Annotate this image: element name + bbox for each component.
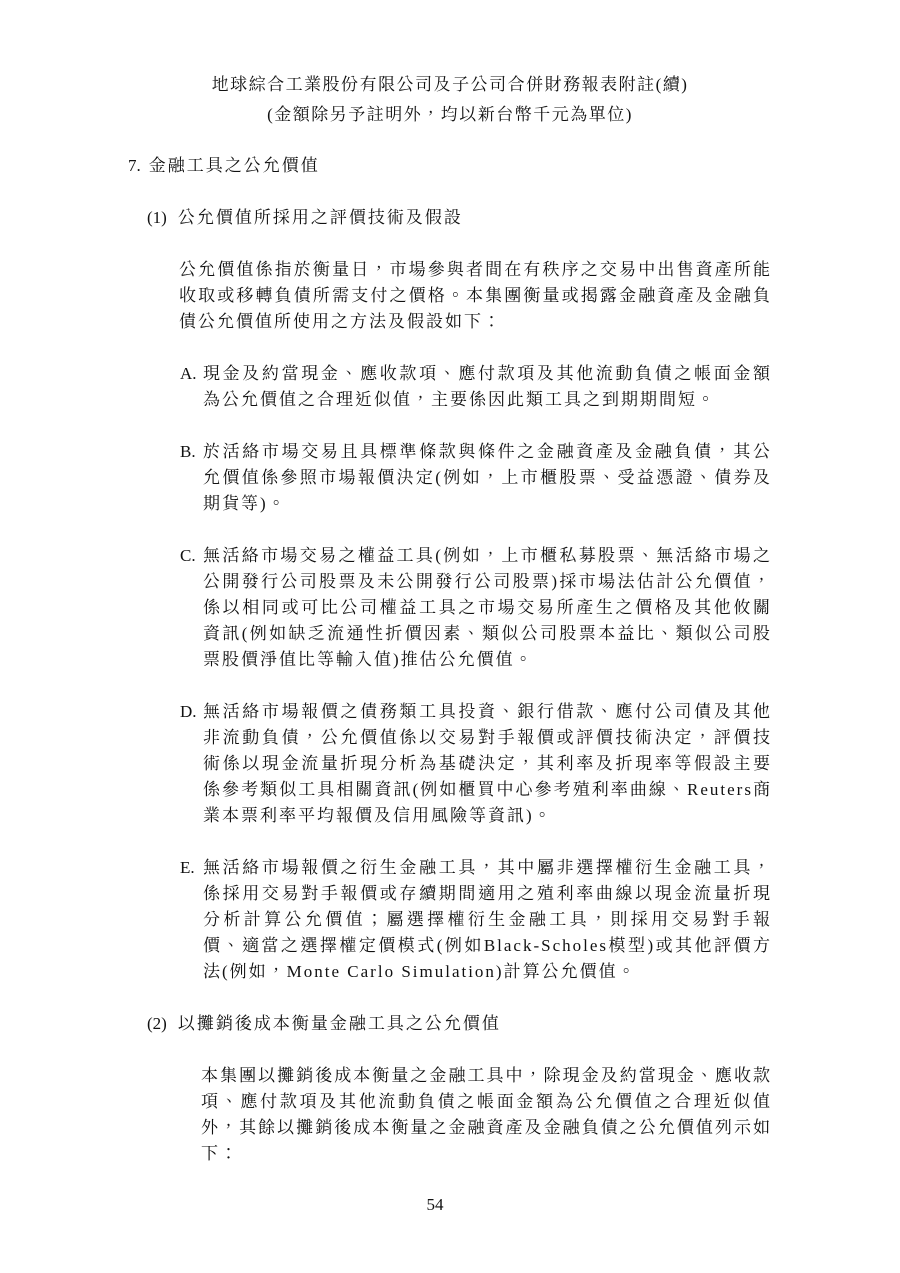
subsection-1-number: (1) xyxy=(147,208,167,227)
item-e-text: 無活絡市場報價之衍生金融工具，其中屬非選擇權衍生金融工具，係採用交易對手報價或存… xyxy=(203,855,772,985)
document-title: 地球綜合工業股份有限公司及子公司合併財務報表附註(續) xyxy=(0,70,900,100)
section-title: 金融工具之公允價值 xyxy=(149,156,320,175)
subsection-2-title: 以攤銷後成本衡量金融工具之公允價值 xyxy=(178,1014,501,1033)
item-b-text: 於活絡市場交易且具標準條款與條件之金融資產及金融負債，其公允價值係參照市場報價決… xyxy=(203,439,772,517)
item-c-text: 無活絡市場交易之權益工具(例如，上市櫃私募股票、無活絡市場之公開發行公司股票及未… xyxy=(203,543,772,673)
item-c-label: C. xyxy=(180,543,203,673)
lettered-item-e: E. 無活絡市場報價之衍生金融工具，其中屬非選擇權衍生金融工具，係採用交易對手報… xyxy=(180,855,772,985)
item-e-label: E. xyxy=(180,855,203,985)
subsection-2-heading: (2)以攤銷後成本衡量金融工具之公允價值 xyxy=(147,1011,772,1037)
item-d-text: 無活絡市場報價之債務類工具投資、銀行借款、應付公司債及其他非流動負債，公允價值係… xyxy=(203,699,772,829)
page-number: 54 xyxy=(427,1195,444,1214)
subsection-1: (1)公允價值所採用之評價技術及假設 公允價值係指於衡量日，市場參與者間在有秩序… xyxy=(0,205,900,985)
subsection-2-number: (2) xyxy=(147,1014,167,1033)
document-page: 地球綜合工業股份有限公司及子公司合併財務報表附註(續) (金額除另予註明外，均以… xyxy=(0,0,900,1273)
item-a-label: A. xyxy=(180,361,203,413)
subsection-1-title: 公允價值所採用之評價技術及假設 xyxy=(178,208,463,227)
page-footer: 54 xyxy=(0,1192,870,1218)
item-b-label: B. xyxy=(180,439,203,517)
lettered-item-a: A. 現金及約當現金、應收款項、應付款項及其他流動負債之帳面金額為公允價值之合理… xyxy=(180,361,772,413)
document-header: 地球綜合工業股份有限公司及子公司合併財務報表附註(續) (金額除另予註明外，均以… xyxy=(0,70,900,130)
document-subtitle: (金額除另予註明外，均以新台幣千元為單位) xyxy=(0,100,900,130)
subsection-1-heading: (1)公允價值所採用之評價技術及假設 xyxy=(147,205,772,231)
lettered-item-c: C. 無活絡市場交易之權益工具(例如，上市櫃私募股票、無活絡市場之公開發行公司股… xyxy=(180,543,772,673)
section-7-heading: 7.金融工具之公允價值 xyxy=(128,153,772,179)
lettered-item-b: B. 於活絡市場交易且具標準條款與條件之金融資產及金融負債，其公允價值係參照市場… xyxy=(180,439,772,517)
lettered-item-d: D. 無活絡市場報價之債務類工具投資、銀行借款、應付公司債及其他非流動負債，公允… xyxy=(180,699,772,829)
subsection-1-intro-paragraph: 公允價值係指於衡量日，市場參與者間在有秩序之交易中出售資產所能收取或移轉負債所需… xyxy=(179,257,772,335)
item-a-text: 現金及約當現金、應收款項、應付款項及其他流動負債之帳面金額為公允價值之合理近似值… xyxy=(203,361,772,413)
subsection-2-body-paragraph: 本集團以攤銷後成本衡量之金融工具中，除現金及約當現金、應收款項、應付款項及其他流… xyxy=(201,1063,772,1167)
subsection-2: (2)以攤銷後成本衡量金融工具之公允價值 本集團以攤銷後成本衡量之金融工具中，除… xyxy=(0,1011,900,1167)
section-number: 7. xyxy=(128,156,141,175)
item-d-label: D. xyxy=(180,699,203,829)
